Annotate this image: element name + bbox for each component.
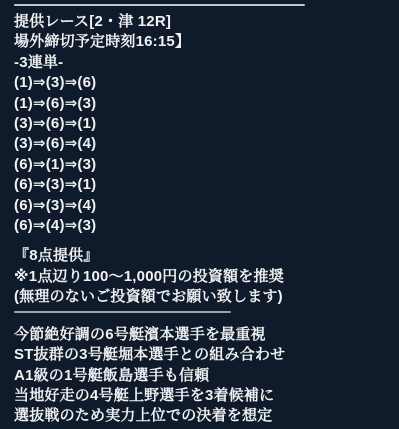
combination-row: (6)⇒(3)⇒(1)	[14, 175, 391, 195]
analysis-line: 今節絶好調の6号艇濱本選手を最重視	[14, 325, 391, 345]
analysis-line: 選抜戦のため実力上位での決着を想定	[14, 406, 391, 426]
offer-note: 『8点提供』 ※1点辺り100〜1,000円の投資額を推奨 (無理のないご投資額…	[14, 246, 391, 307]
investment-disclaimer: (無理のないご投資額でお願い致します)	[14, 287, 391, 307]
combination-row: (3)⇒(6)⇒(1)	[14, 114, 391, 134]
deadline-time: 場外締切予定時刻16:15】	[14, 32, 391, 52]
bet-type-label: -3連単-	[14, 53, 391, 73]
combination-row: (3)⇒(6)⇒(4)	[14, 134, 391, 154]
analysis-line: A1級の1号艇飯島選手も信頼	[14, 366, 391, 386]
race-header: 提供レース[2・津 12R] 場外締切予定時刻16:15】 -3連単-	[14, 12, 391, 73]
race-analysis: 今節絶好調の6号艇濱本選手を最重視 ST抜群の3号艇堀本選手との組み合わせ A1…	[14, 325, 391, 427]
combination-row: (6)⇒(1)⇒(3)	[14, 155, 391, 175]
investment-recommendation: ※1点辺り100〜1,000円の投資額を推奨	[14, 267, 391, 287]
section-divider	[14, 311, 231, 313]
combination-row: (1)⇒(3)⇒(6)	[14, 73, 391, 93]
tips-page: 提供レース[2・津 12R] 場外締切予定時刻16:15】 -3連単- (1)⇒…	[0, 0, 399, 429]
top-divider	[14, 4, 305, 6]
combination-row: (6)⇒(3)⇒(4)	[14, 196, 391, 216]
combination-row: (6)⇒(4)⇒(3)	[14, 216, 391, 236]
offer-points-label: 『8点提供』	[14, 246, 391, 266]
combination-row: (1)⇒(6)⇒(3)	[14, 94, 391, 114]
trifecta-combinations: (1)⇒(3)⇒(6) (1)⇒(6)⇒(3) (3)⇒(6)⇒(1) (3)⇒…	[14, 73, 391, 236]
analysis-line: 当地好走の4号艇上野選手を3着候補に	[14, 386, 391, 406]
analysis-line: ST抜群の3号艇堀本選手との組み合わせ	[14, 345, 391, 365]
race-title: 提供レース[2・津 12R]	[14, 12, 391, 32]
